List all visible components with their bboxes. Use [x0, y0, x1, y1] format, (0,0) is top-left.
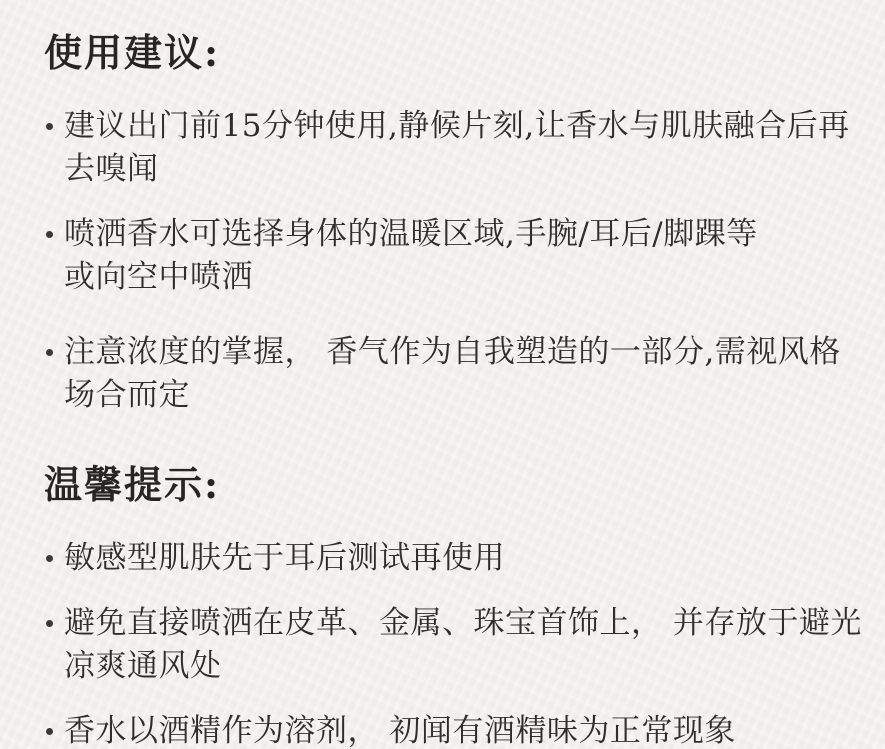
list-item: 避免直接喷洒在皮革、金属、珠宝首饰上， 并存放于避光 凉爽通风处	[46, 602, 857, 688]
item-line: 香水以酒精作为溶剂， 初闻有酒精味为正常现象	[64, 710, 736, 749]
item-line: 建议出门前15分钟使用,静候片刻,让香水与肌肤融合后再	[64, 105, 850, 148]
item-line: 去嗅闻	[64, 148, 850, 191]
list-item-text: 建议出门前15分钟使用,静候片刻,让香水与肌肤融合后再 去嗅闻	[64, 105, 850, 191]
item-line: 喷洒香水可选择身体的温暖区域,手腕/耳后/脚踝等	[64, 213, 758, 256]
list-item: 注意浓度的掌握， 香气作为自我塑造的一部分,需视风格 场合而定	[46, 331, 857, 417]
bullet-dot-icon	[46, 349, 53, 356]
list-item: 喷洒香水可选择身体的温暖区域,手腕/耳后/脚踝等 或向空中喷洒	[46, 213, 857, 299]
item-line: 场合而定	[64, 374, 841, 417]
item-line: 注意浓度的掌握， 香气作为自我塑造的一部分,需视风格	[64, 331, 841, 374]
bullet-dot-icon	[46, 728, 53, 735]
perfume-usage-instructions-panel: 使用建议: 建议出门前15分钟使用,静候片刻,让香水与肌肤融合后再 去嗅闻 喷洒…	[0, 0, 885, 749]
list-item: 香水以酒精作为溶剂， 初闻有酒精味为正常现象	[46, 710, 857, 749]
list-item-text: 敏感型肌肤先于耳后测试再使用	[64, 537, 505, 580]
list-item-text: 避免直接喷洒在皮革、金属、珠宝首饰上， 并存放于避光 凉爽通风处	[64, 602, 862, 688]
bullet-dot-icon	[46, 123, 53, 130]
list-item: 建议出门前15分钟使用,静候片刻,让香水与肌肤融合后再 去嗅闻	[46, 105, 857, 191]
item-line: 避免直接喷洒在皮革、金属、珠宝首饰上， 并存放于避光	[64, 602, 862, 645]
list-item: 敏感型肌肤先于耳后测试再使用	[46, 537, 857, 580]
bullet-dot-icon	[46, 555, 53, 562]
warm-tips-heading: 温馨提示:	[44, 460, 857, 509]
bullet-dot-icon	[46, 231, 53, 238]
item-line: 凉爽通风处	[64, 645, 862, 688]
list-item-text: 香水以酒精作为溶剂， 初闻有酒精味为正常现象	[64, 710, 736, 749]
usage-suggestions-heading: 使用建议:	[44, 28, 857, 77]
item-line: 或向空中喷洒	[64, 256, 758, 299]
list-item-text: 注意浓度的掌握， 香气作为自我塑造的一部分,需视风格 场合而定	[64, 331, 841, 417]
list-item-text: 喷洒香水可选择身体的温暖区域,手腕/耳后/脚踝等 或向空中喷洒	[64, 213, 758, 299]
bullet-dot-icon	[46, 620, 53, 627]
item-line: 敏感型肌肤先于耳后测试再使用	[64, 537, 505, 580]
